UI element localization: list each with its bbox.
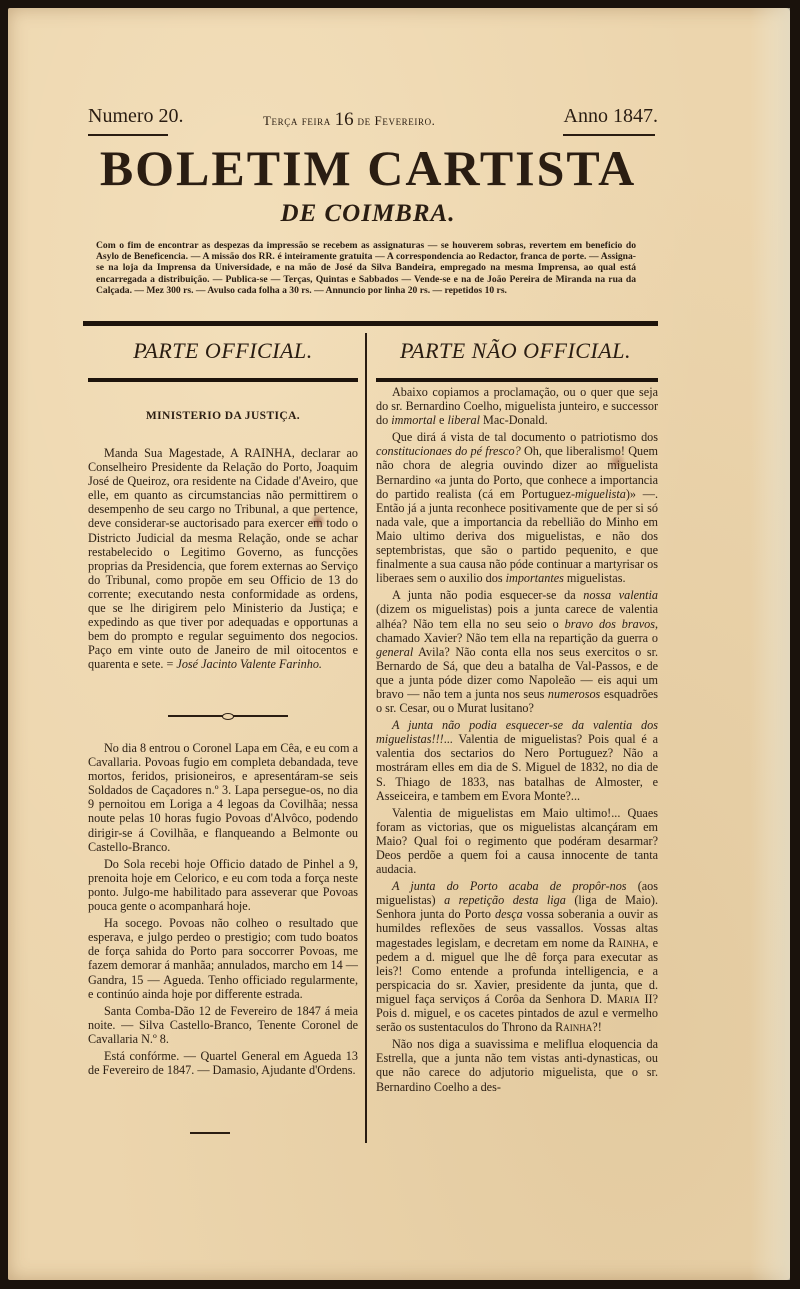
editorial-paragraph: Não nos diga a suavissima e meliflua elo… <box>376 1037 658 1093</box>
report-paragraph: No dia 8 entrou o Coronel Lapa em Cêa, e… <box>88 741 358 854</box>
underline-rule <box>563 134 655 136</box>
decree-text: Manda Sua Magestade, A RAINHA, declarar … <box>88 446 358 671</box>
italic-run: desça <box>495 907 523 921</box>
newspaper-title: BOLETIM CARTISTA <box>83 139 653 197</box>
decree-article: Manda Sua Magestade, A RAINHA, declarar … <box>88 446 358 675</box>
end-rule <box>190 1132 230 1134</box>
text-run: Que dirá á vista de tal documento o patr… <box>392 430 658 444</box>
ministry-heading: MINISTERIO DA JUSTIÇA. <box>88 410 358 422</box>
smallcaps-run: Maria II <box>607 992 653 1006</box>
italic-run: a repetição desta liga <box>444 893 566 907</box>
editorial-paragraph: Abaixo copiamos a proclamação, ou o quer… <box>376 385 658 427</box>
ornamental-separator <box>168 715 288 717</box>
report-paragraph: Santa Comba-Dão 12 de Fevereiro de 1847 … <box>88 1004 358 1046</box>
issue-number: Numero 20. <box>88 105 184 128</box>
paper-stain <box>608 453 626 471</box>
military-report: No dia 8 entrou o Coronel Lapa em Cêa, e… <box>88 741 358 1080</box>
smallcaps-run: Rainha <box>555 1020 592 1034</box>
masthead-row: Numero 20. Terça feira 16 de Fevereiro. … <box>88 105 658 131</box>
italic-run: bravo dos bravos <box>565 617 655 631</box>
newspaper-page: Numero 20. Terça feira 16 de Fevereiro. … <box>8 8 790 1280</box>
italic-run: constitucionaes do pé fresco? <box>376 444 521 458</box>
editorial-paragraph: Valentia de miguelistas em Maio ultimo!.… <box>376 806 658 876</box>
decree-signature: José Jacinto Valente Farinho. <box>176 657 322 671</box>
editorial-paragraph: A junta do Porto acaba de propôr-nos (ao… <box>376 879 658 1034</box>
italic-run: general <box>376 645 413 659</box>
issue-year: Anno 1847. <box>564 105 658 128</box>
smallcaps-run: Rainha <box>608 936 645 950</box>
editorial-article: Abaixo copiamos a proclamação, ou o quer… <box>376 385 658 1097</box>
issue-date: Terça feira 16 de Fevereiro. <box>263 109 436 131</box>
column-divider <box>365 333 367 1143</box>
section-divider <box>88 378 358 382</box>
masthead-divider <box>83 321 658 326</box>
italic-run: immortal <box>391 413 436 427</box>
italic-run: A junta do Porto acaba de propôr-nos <box>392 879 627 893</box>
editorial-paragraph: A junta não podia esquecer-se da valenti… <box>376 718 658 803</box>
italic-run: nossa valentia <box>583 588 658 602</box>
decree-paragraph: Manda Sua Magestade, A RAINHA, declarar … <box>88 446 358 672</box>
date-month: de Fevereiro. <box>354 113 436 128</box>
date-day: 16 <box>335 109 354 130</box>
subscription-notice: Com o fim de encontrar as despezas da im… <box>96 240 636 296</box>
section-divider <box>376 378 658 382</box>
section-heading-official: PARTE OFFICIAL. <box>88 338 358 364</box>
report-paragraph: Ha socego. Povoas não colheo o resultado… <box>88 916 358 1001</box>
editorial-paragraph: A junta não podia esquecer-se da nossa v… <box>376 588 658 715</box>
italic-run: liberal <box>447 413 480 427</box>
report-paragraph: Do Sola recebi hoje Officio datado de Pi… <box>88 857 358 913</box>
italic-run: importantes <box>506 571 564 585</box>
italic-run: numerosos <box>548 687 600 701</box>
newspaper-subtitle: DE COIMBRA. <box>83 200 653 228</box>
text-run: Mac-Donald. <box>480 413 548 427</box>
italic-run: miguelista <box>575 487 626 501</box>
underline-rule <box>88 134 168 136</box>
text-run: e <box>436 413 448 427</box>
text-run: miguelistas. <box>564 571 626 585</box>
text-run: ?! <box>592 1020 601 1034</box>
text-run: A junta não podia esquecer-se da <box>392 588 583 602</box>
paper-stain <box>310 513 326 529</box>
date-weekday: Terça feira <box>263 113 335 128</box>
section-heading-unofficial: PARTE NÃO OFFICIAL. <box>373 338 658 364</box>
report-paragraph: Está confórme. — Quartel General em Ague… <box>88 1049 358 1077</box>
